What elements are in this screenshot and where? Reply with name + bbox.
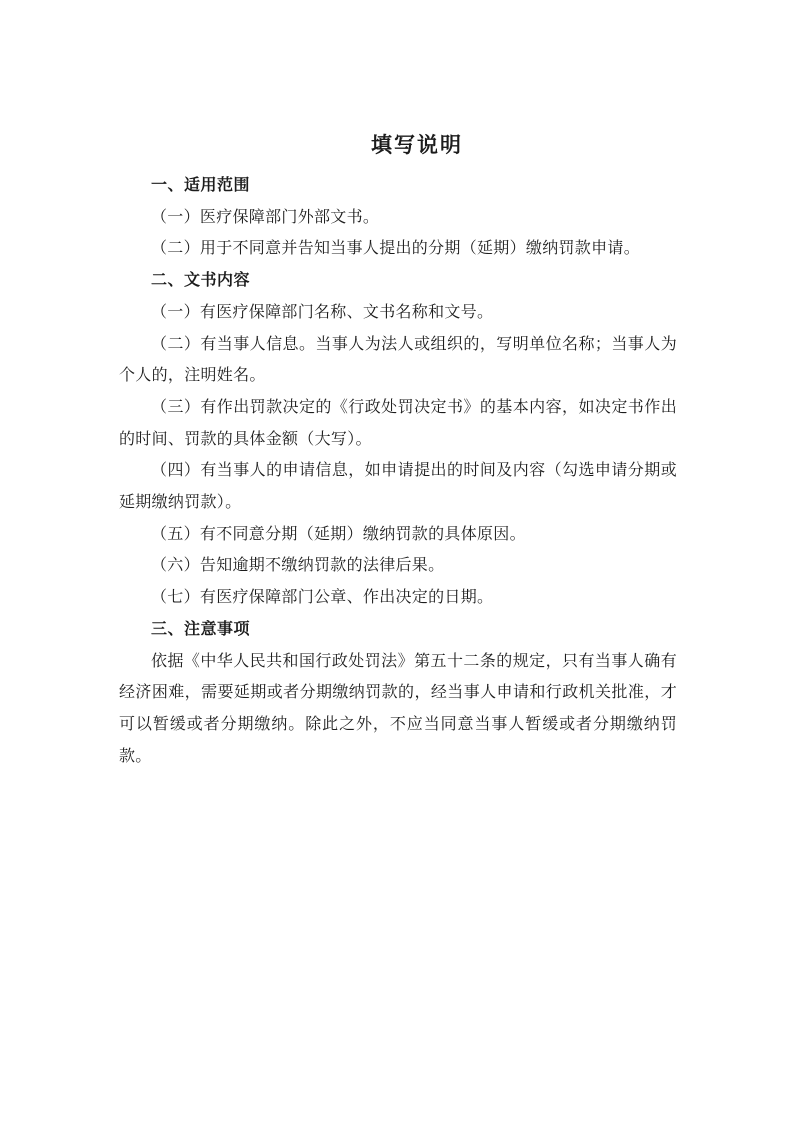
paragraph: （五）有不同意分期（延期）缴纳罚款的具体原因。 bbox=[119, 519, 677, 551]
paragraph: （二）用于不同意并告知当事人提出的分期（延期）缴纳罚款申请。 bbox=[119, 233, 677, 265]
section-heading-scope: 一、适用范围 bbox=[119, 170, 677, 202]
document-page: 填写说明 一、适用范围 （一）医疗保障部门外部文书。 （二）用于不同意并告知当事… bbox=[0, 0, 793, 1122]
paragraph: （七）有医疗保障部门公章、作出决定的日期。 bbox=[119, 582, 677, 614]
paragraph: （二）有当事人信息。当事人为法人或组织的，写明单位名称；当事人为个人的，注明姓名… bbox=[119, 329, 677, 392]
section-heading-notes: 三、注意事项 bbox=[119, 614, 677, 646]
paragraph: （三）有作出罚款决定的《行政处罚决定书》的基本内容，如决定书作出的时间、罚款的具… bbox=[119, 392, 677, 455]
paragraph: （六）告知逾期不缴纳罚款的法律后果。 bbox=[119, 550, 677, 582]
section-heading-content: 二、文书内容 bbox=[119, 265, 677, 297]
document-title: 填写说明 bbox=[157, 130, 677, 160]
paragraph: 依据《中华人民共和国行政处罚法》第五十二条的规定，只有当事人确有经济困难，需要延… bbox=[119, 646, 677, 773]
paragraph: （四）有当事人的申请信息，如申请提出的时间及内容（勾选申请分期或延期缴纳罚款）。 bbox=[119, 455, 677, 518]
document-body: 一、适用范围 （一）医疗保障部门外部文书。 （二）用于不同意并告知当事人提出的分… bbox=[119, 170, 677, 772]
paragraph: （一）有医疗保障部门名称、文书名称和文号。 bbox=[119, 297, 677, 329]
paragraph: （一）医疗保障部门外部文书。 bbox=[119, 202, 677, 234]
